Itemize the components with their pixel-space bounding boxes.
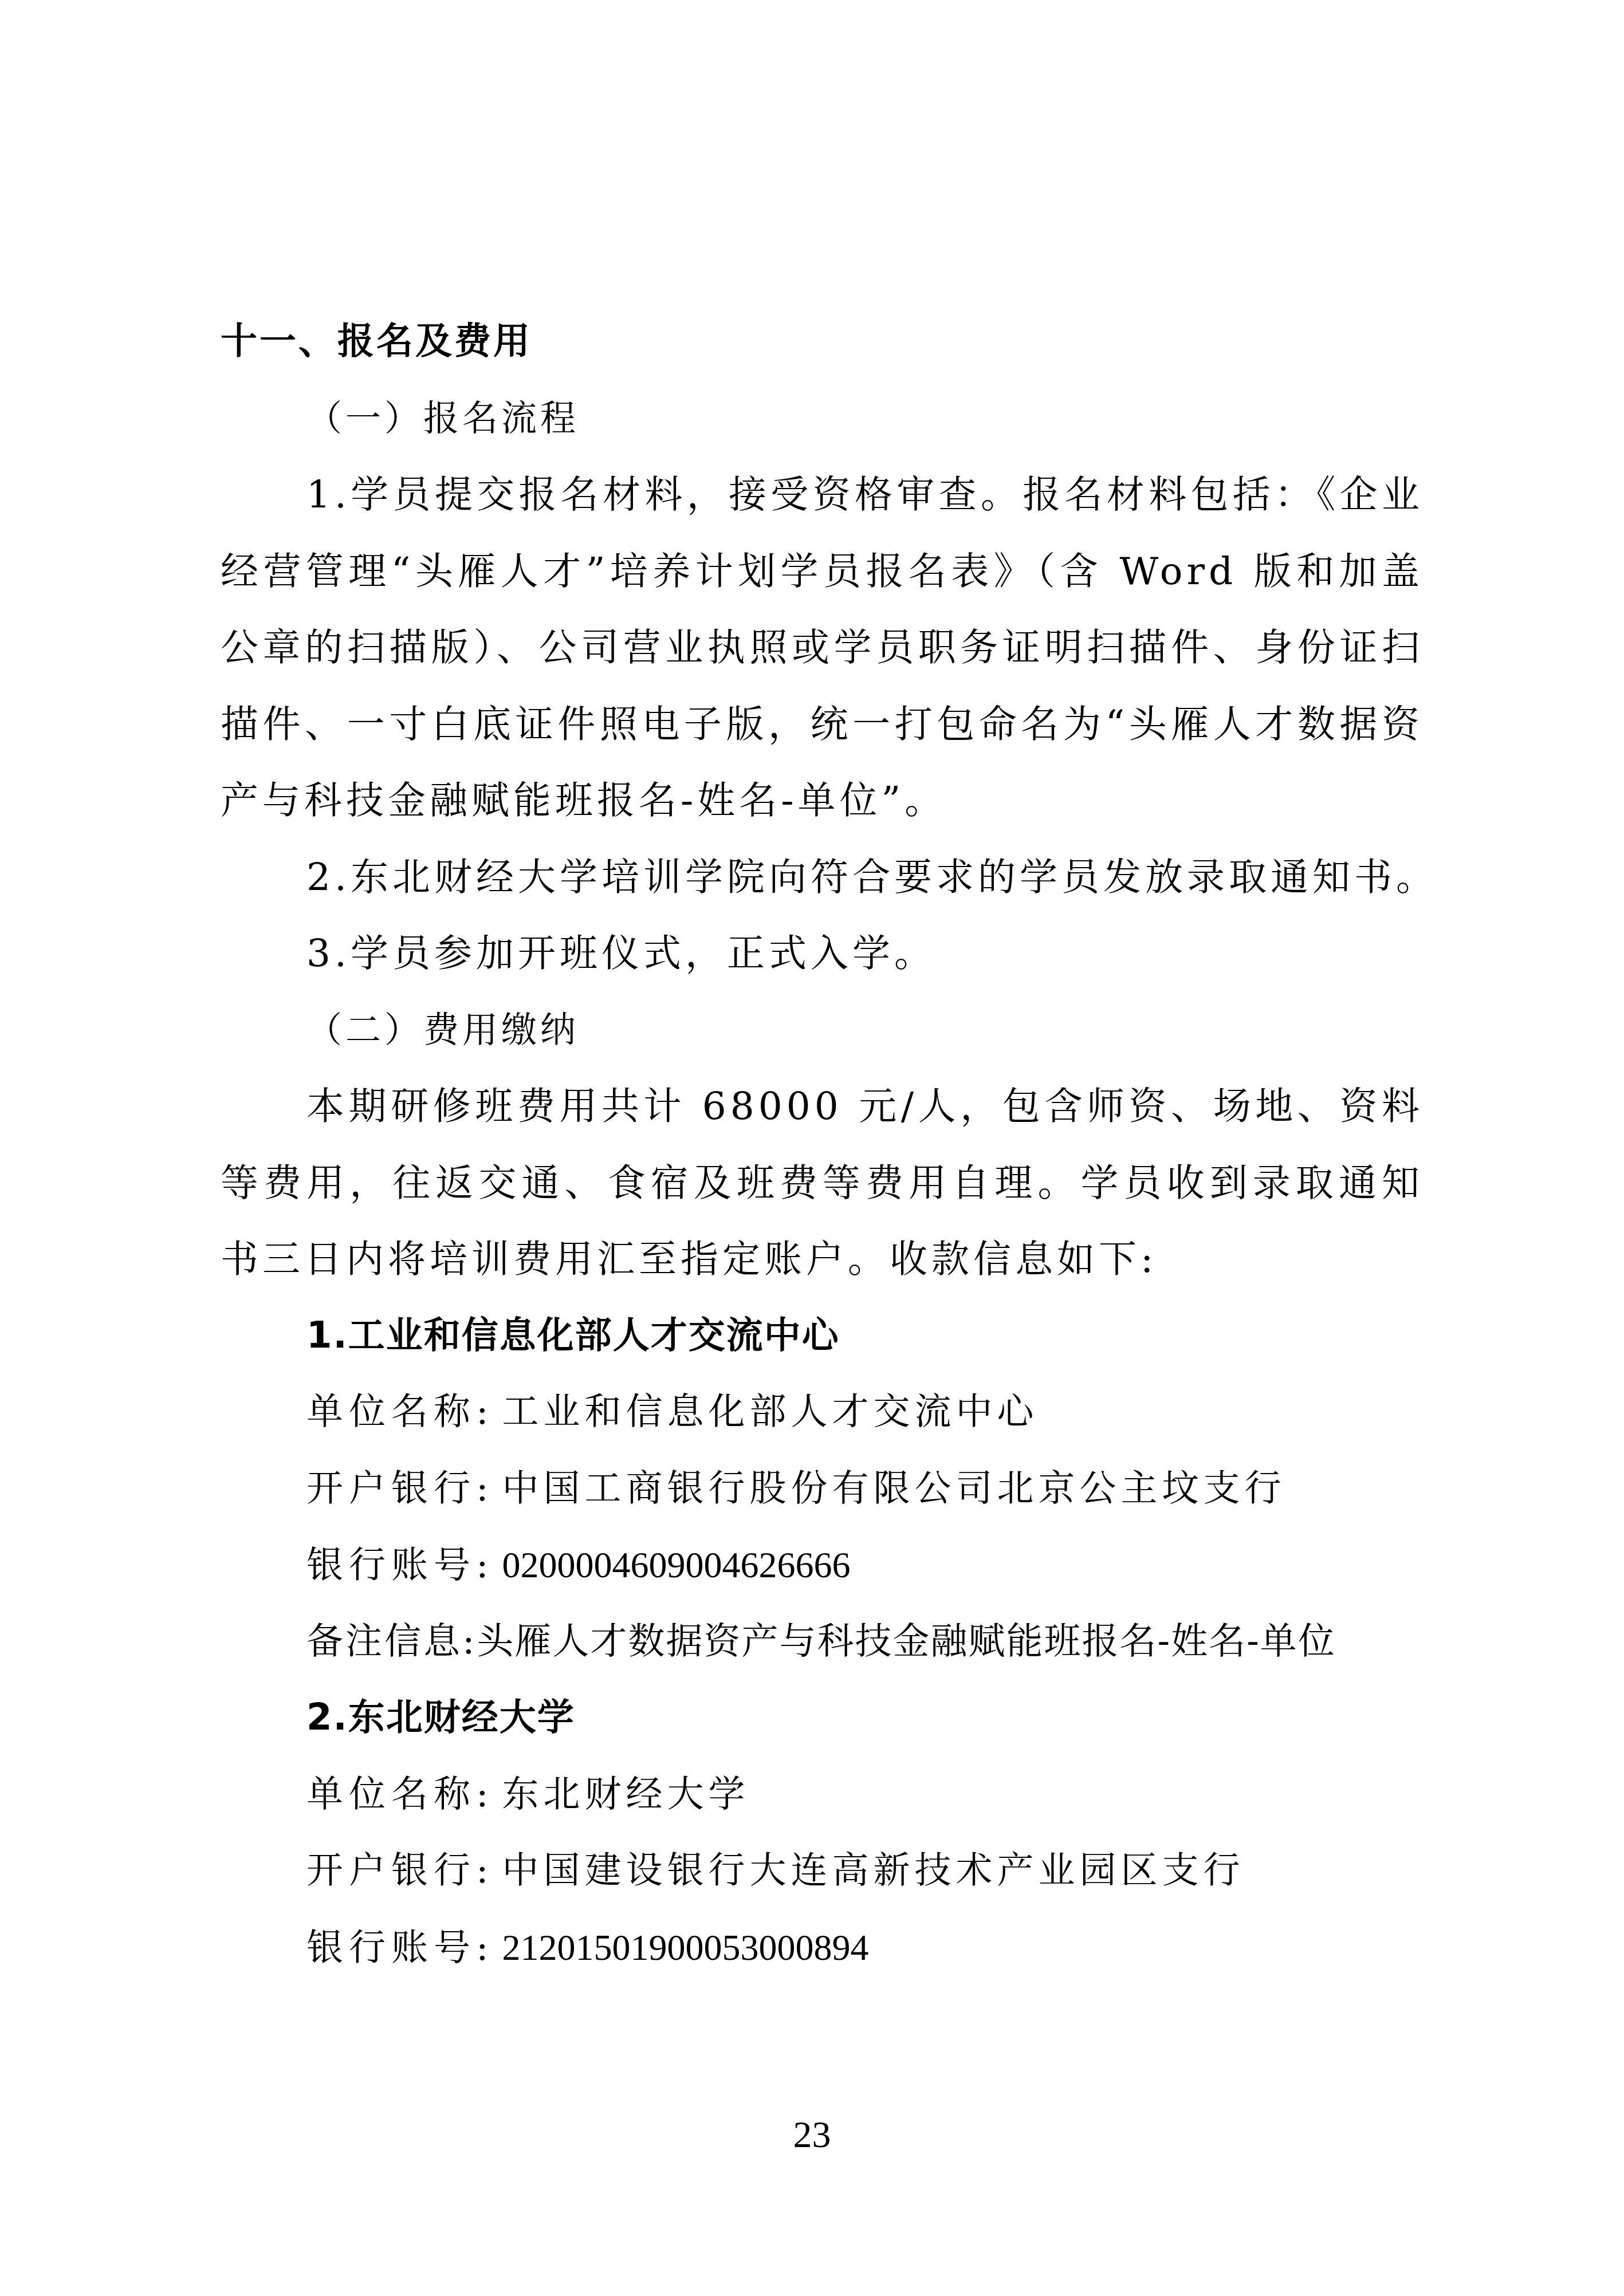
bank-value: 中国建设银行大连高新技术产业园区支行 bbox=[502, 1849, 1245, 1892]
unit-name-value: 东北财经大学 bbox=[502, 1773, 750, 1815]
bank-value: 中国工商银行股份有限公司北京公主坟支行 bbox=[502, 1467, 1286, 1510]
payment-description: 本期研修班费用共计 68000 元/人，包含师资、场地、资料等费用，往返交通、食… bbox=[221, 1068, 1424, 1298]
account-number-label: 银行账号: bbox=[306, 1927, 494, 1969]
unit-name-label: 单位名称: bbox=[306, 1391, 494, 1433]
account-2-unit: 单位名称:东北财经大学 bbox=[221, 1757, 1424, 1833]
note-value: 头雁人才数据资产与科技金融赋能班报名-姓名-单位 bbox=[477, 1620, 1336, 1663]
payment-heading: （二）费用缴纳 bbox=[221, 992, 1424, 1069]
registration-heading: （一）报名流程 bbox=[221, 380, 1424, 457]
account-1-number: 银行账号:0200004609004626666 bbox=[221, 1527, 1424, 1604]
bank-label: 开户银行: bbox=[306, 1467, 494, 1510]
bank-label: 开户银行: bbox=[306, 1849, 494, 1892]
account-2-bank: 开户银行:中国建设银行大连高新技术产业园区支行 bbox=[221, 1833, 1424, 1909]
note-label: 备注信息: bbox=[306, 1620, 477, 1663]
account-1-unit: 单位名称:工业和信息化部人才交流中心 bbox=[221, 1374, 1424, 1451]
account-1-title: 1.工业和信息化部人才交流中心 bbox=[221, 1298, 1424, 1375]
account-2-number: 银行账号:21201501900053000894 bbox=[221, 1909, 1424, 1986]
unit-name-value: 工业和信息化部人才交流中心 bbox=[502, 1391, 1039, 1433]
account-2-title: 2.东北财经大学 bbox=[221, 1680, 1424, 1757]
document-page: 十一、报名及费用 （一）报名流程 1.学员提交报名材料，接受资格审查。报名材料包… bbox=[0, 0, 1624, 2296]
account-number-value: 21201501900053000894 bbox=[502, 1927, 869, 1968]
page-content: 十一、报名及费用 （一）报名流程 1.学员提交报名材料，接受资格审查。报名材料包… bbox=[221, 304, 1424, 1986]
page-number: 23 bbox=[0, 2113, 1624, 2157]
registration-step-2: 2.东北财经大学培训学院向符合要求的学员发放录取通知书。 bbox=[221, 839, 1424, 916]
account-1-bank: 开户银行:中国工商银行股份有限公司北京公主坟支行 bbox=[221, 1451, 1424, 1527]
registration-step-1: 1.学员提交报名材料，接受资格审查。报名材料包括：《企业经营管理“头雁人才”培养… bbox=[221, 456, 1424, 839]
account-1-note: 备注信息:头雁人才数据资产与科技金融赋能班报名-姓名-单位 bbox=[221, 1604, 1424, 1680]
account-number-value: 0200004609004626666 bbox=[502, 1545, 851, 1585]
registration-step-3: 3.学员参加开班仪式，正式入学。 bbox=[221, 915, 1424, 992]
section-title: 十一、报名及费用 bbox=[221, 304, 1424, 380]
unit-name-label: 单位名称: bbox=[306, 1773, 494, 1815]
account-number-label: 银行账号: bbox=[306, 1544, 494, 1586]
